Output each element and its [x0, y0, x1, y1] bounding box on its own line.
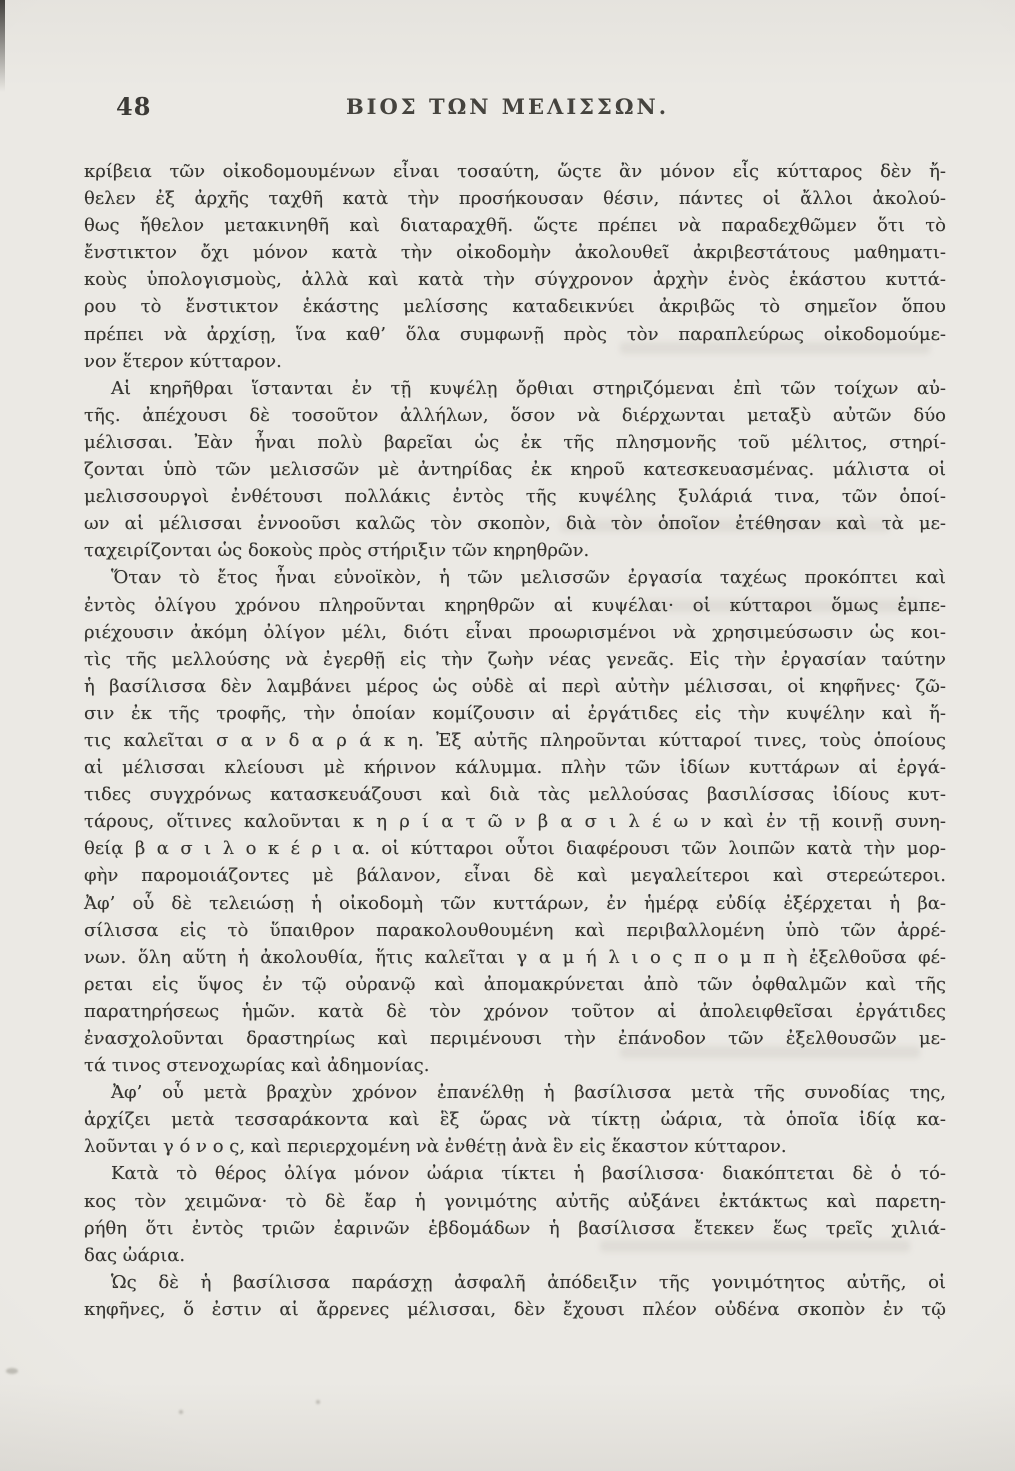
text-line: ἡ βασίλισσα δὲν λαμβάνει μέρος ὡς οὐδὲ α…	[84, 673, 946, 700]
paragraph: κρίβεια τῶν οἰκοδομουμένων εἶναι τοσαύτη…	[84, 158, 946, 375]
paragraph: Ὅταν τὸ ἔτος ἦναι εὐνοϊκὸν, ἡ τῶν μελισσ…	[84, 564, 946, 1079]
text-line: πρέπει νὰ ἀρχίσῃ, ἵνα καθ’ ὅλα συμφωνῇ π…	[84, 321, 946, 348]
text-line: μελισσουργοὶ ἐνθέτουσι πολλάκις ἐντὸς τῆ…	[84, 483, 946, 510]
text-line: ρήθη ὅτι ἐντὸς τριῶν ἐαρινῶν ἑβδομάδων ἡ…	[84, 1215, 946, 1242]
paragraph: Κατὰ τὸ θέρος ὀλίγα μόνον ὠάρια τίκτει ἡ…	[84, 1160, 946, 1268]
text-line: ταχειρίζονται ὡς δοκοὺς πρὸς στήριξιν τῶ…	[84, 537, 946, 564]
text-line: Ὅταν τὸ ἔτος ἦναι εὐνοϊκὸν, ἡ τῶν μελισσ…	[84, 564, 946, 591]
text-line: σίλισσα εἰς τὸ ὕπαιθρον παρακολουθουμένη…	[84, 917, 946, 944]
paragraph: Αἱ κηρῆθραι ἵστανται ἐν τῇ κυψέλῃ ὄρθιαι…	[84, 375, 946, 565]
text-line: θελεν ἐξ ἀρχῆς ταχθῆ κατὰ τὴν προσήκουσα…	[84, 185, 946, 212]
text-line: λοῦνται γ ό ν ο ς, καὶ περιερχομένη νὰ ἐ…	[84, 1133, 946, 1160]
scan-smudge-artifact	[179, 1410, 183, 1414]
text-line: Ἀφ’ οὗ μετὰ βραχὺν χρόνον ἐπανέλθῃ ἡ βασ…	[84, 1079, 946, 1106]
text-line: κοὺς ὑπολογισμοὺς, ἀλλὰ καὶ κατὰ τὴν σύγ…	[84, 266, 946, 293]
text-body: κρίβεια τῶν οἰκοδομουμένων εἶναι τοσαύτη…	[84, 158, 946, 1323]
text-line: νον ἕτερον κύτταρον.	[84, 348, 946, 375]
scan-smudge-artifact	[316, 1400, 320, 1404]
text-line: Ἀφ’ οὗ δὲ τελειώσῃ ἡ οἰκοδομὴ τῶν κυττάρ…	[84, 890, 946, 917]
text-line: ζονται ὑπὸ τῶν μελισσῶν μὲ ἀντηρίδας ἐκ …	[84, 456, 946, 483]
scan-smudge-artifact	[6, 1368, 18, 1374]
text-line: θείᾳ β α σ ι λ ο κ έ ρ ι α. οἱ κύτταροι …	[84, 835, 946, 862]
text-line: ἀρχίζει μετὰ τεσσαράκοντα καὶ ἓξ ὥρας νὰ…	[84, 1106, 946, 1133]
text-line: Αἱ κηρῆθραι ἵστανται ἐν τῇ κυψέλῃ ὄρθιαι…	[84, 375, 946, 402]
text-line: ων αἱ μέλισσαι ἐννοοῦσι καλῶς τὸν σκοπὸν…	[84, 510, 946, 537]
paragraph: Ἀφ’ οὗ μετὰ βραχὺν χρόνον ἐπανέλθῃ ἡ βασ…	[84, 1079, 946, 1160]
text-line: ἐνασχολοῦνται δραστηρίως καὶ περιμένουσι…	[84, 1025, 946, 1052]
text-line: κηφῆνες, ὅ ἐστιν αἱ ἄρρενες μέλισσαι, δὲ…	[84, 1296, 946, 1323]
text-line: τά τινος στενοχωρίας καὶ ἀδημονίας.	[84, 1052, 946, 1079]
text-line: δας ὠάρια.	[84, 1242, 946, 1269]
text-line: φὴν παρομοιάζοντες μὲ βάλανον, εἶναι δὲ …	[84, 862, 946, 889]
text-line: κος τὸν χειμῶνα· τὸ δὲ ἔαρ ἡ γονιμότης α…	[84, 1188, 946, 1215]
page-title: ΒΙΟΣ ΤΩΝ ΜΕΛΙΣΣΩΝ.	[0, 94, 1015, 119]
text-line: ρεται εἰς ὕψος ἐν τῷ οὐρανῷ καὶ ἀπομακρύ…	[84, 971, 946, 998]
text-line: Κατὰ τὸ θέρος ὀλίγα μόνον ὠάρια τίκτει ἡ…	[84, 1160, 946, 1187]
text-line: αἱ μέλισσαι κλείουσι μὲ κήρινον κάλυμμα.…	[84, 754, 946, 781]
scan-edge-artifact	[0, 0, 5, 92]
text-line: παρατηρήσεως ἡμῶν. κατὰ δὲ τὸν χρόνον το…	[84, 998, 946, 1025]
text-line: τῆς. ἀπέχουσι δὲ τοσοῦτον ἀλλήλων, ὅσον …	[84, 402, 946, 429]
text-line: ἐντὸς ὀλίγου χρόνου πληροῦνται κηρηθρῶν …	[84, 592, 946, 619]
text-line: Ὡς δὲ ἡ βασίλισσα παράσχῃ ἀσφαλῆ ἀπόδειξ…	[84, 1269, 946, 1296]
text-line: μέλισσαι. Ἐὰν ἦναι πολὺ βαρεῖαι ὡς ἐκ τῆ…	[84, 429, 946, 456]
text-line: ριέχουσιν ἀκόμη ὀλίγον μέλι, διότι εἶναι…	[84, 619, 946, 646]
text-line: σιν ἐκ τῆς τροφῆς, τὴν ὁποίαν κομίζουσιν…	[84, 700, 946, 727]
text-line: θως ἤθελον μετακινηθῆ καὶ διαταραχθῆ. ὥς…	[84, 212, 946, 239]
text-line: τις καλεῖται σ α ν δ α ρ ά κ η. Ἐξ αὐτῆς…	[84, 727, 946, 754]
text-line: ρου τὸ ἔνστικτον ἑκάστης μελίσσης καταδε…	[84, 293, 946, 320]
text-line: κρίβεια τῶν οἰκοδομουμένων εἶναι τοσαύτη…	[84, 158, 946, 185]
text-line: νων. ὅλη αὕτη ἡ ἀκολουθία, ἥτις καλεῖται…	[84, 944, 946, 971]
text-line: τιδες συγχρόνως κατασκευάζουσι καὶ διὰ τ…	[84, 781, 946, 808]
text-line: τὶς τῆς μελλούσης νὰ ἐγερθῇ εἰς τὴν ζωὴν…	[84, 646, 946, 673]
paragraph: Ὡς δὲ ἡ βασίλισσα παράσχῃ ἀσφαλῆ ἀπόδειξ…	[84, 1269, 946, 1323]
text-line: τάρους, οἵτινες καλοῦνται κ η ρ ί α τ ῶ …	[84, 808, 946, 835]
text-line: ἔνστικτον ὄχι μόνον κατὰ τὴν οἰκοδομὴν ἀ…	[84, 239, 946, 266]
